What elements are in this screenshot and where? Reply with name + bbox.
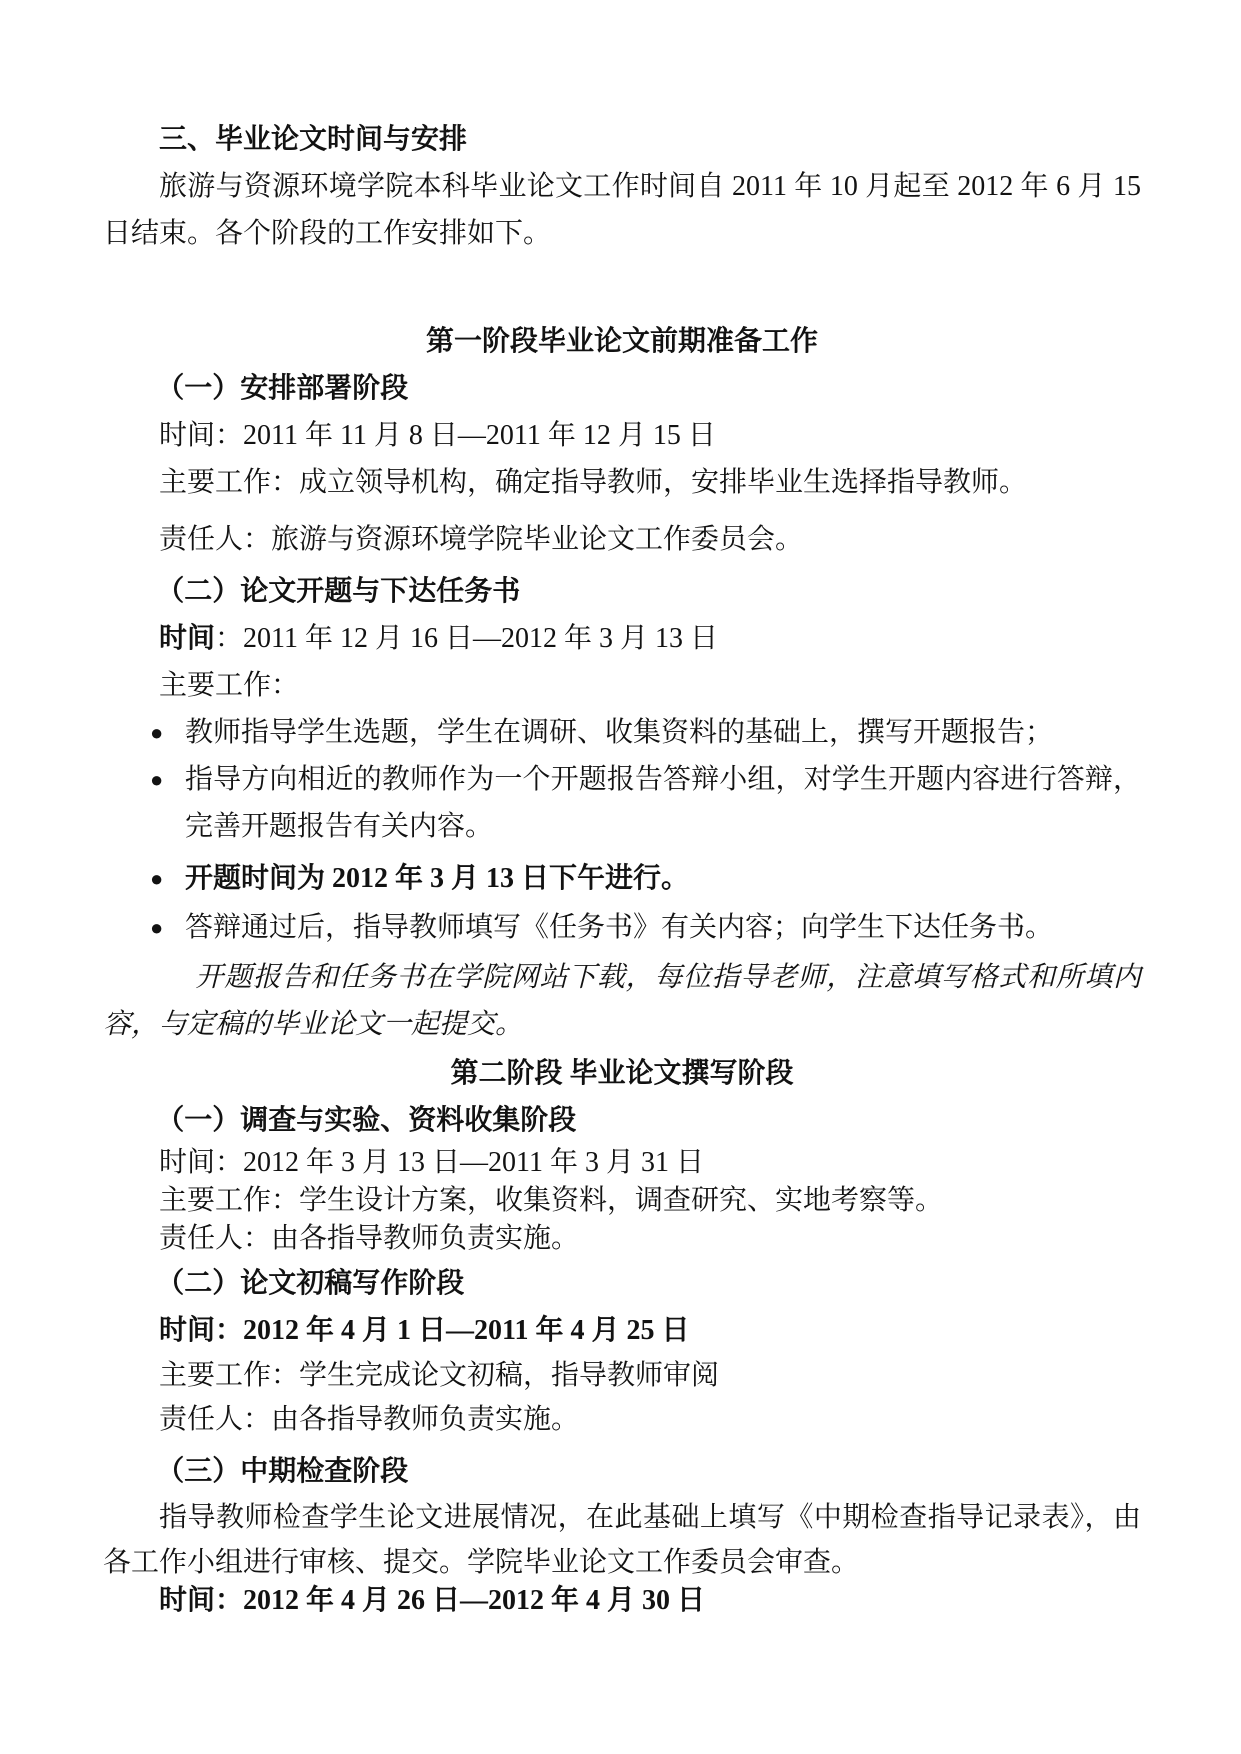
stage1-sub1-time: 时间：2011 年 11 月 8 日—2011 年 12 月 15 日 xyxy=(103,412,1141,459)
bullet-list: ● 教师指导学生选题，学生在调研、收集资料的基础上，撰写开题报告； ● 指导方向… xyxy=(103,709,1141,951)
bullet-item: ● 指导方向相近的教师作为一个开题报告答辩小组，对学生开题内容进行答辩，完善开题… xyxy=(103,756,1141,850)
stage1-sub1-work: 主要工作：成立领导机构，确定指导教师，安排毕业生选择指导教师。 xyxy=(103,459,1141,506)
stage2-heading: 第二阶段 毕业论文撰写阶段 xyxy=(103,1050,1141,1097)
stage2-sub1-work: 主要工作：学生设计方案，收集资料，调查研究、实地考察等。 xyxy=(103,1182,1141,1220)
bullet-icon: ● xyxy=(150,756,163,803)
stage2-sub1-owner: 责任人：由各指导教师负责实施。 xyxy=(103,1220,1141,1258)
bullet-item: ● 答辩通过后，指导教师填写《任务书》有关内容；向学生下达任务书。 xyxy=(103,904,1141,951)
stage2-sub3-heading: （三）中期检查阶段 xyxy=(103,1448,1141,1495)
stage1-heading: 第一阶段毕业论文前期准备工作 xyxy=(103,318,1141,365)
stage2-sub2-time: 时间：2012 年 4 月 1 日—2011 年 4 月 25 日 xyxy=(103,1307,1141,1354)
bullet-item: ● 教师指导学生选题，学生在调研、收集资料的基础上，撰写开题报告； xyxy=(103,709,1141,756)
intro-paragraph: 旅游与资源环境学院本科毕业论文工作时间自 2011 年 10 月起至 2012 … xyxy=(103,163,1141,257)
stage2-sub1-heading: （一）调查与实验、资料收集阶段 xyxy=(103,1097,1141,1144)
stage1-sub2-work-label: 主要工作： xyxy=(103,662,1141,709)
stage1-sub2-heading: （二）论文开题与下达任务书 xyxy=(103,568,1141,615)
time-value: ：2011 年 12 月 16 日—2012 年 3 月 13 日 xyxy=(215,623,718,654)
note-paragraph: 开题报告和任务书在学院网站下载，每位指导老师，注意填写格式和所填内容，与定稿的毕… xyxy=(103,954,1141,1048)
bullet-text: 开题时间为 2012 年 3 月 13 日下午进行。 xyxy=(185,863,689,894)
bullet-icon: ● xyxy=(150,709,163,756)
stage1-sub1-heading: （一）安排部署阶段 xyxy=(103,365,1141,412)
stage2-sub3-body: 指导教师检查学生论文进展情况，在此基础上填写《中期检查指导记录表》，由各工作小组… xyxy=(103,1495,1141,1585)
bullet-text: 指导方向相近的教师作为一个开题报告答辩小组，对学生开题内容进行答辩，完善开题报告… xyxy=(185,764,1141,842)
document-page: 三、毕业论文时间与安排 旅游与资源环境学院本科毕业论文工作时间自 2011 年 … xyxy=(0,0,1241,1754)
bullet-item: ● 开题时间为 2012 年 3 月 13 日下午进行。 xyxy=(103,855,1141,902)
time-label: 时间 xyxy=(159,623,215,654)
bullet-icon: ● xyxy=(150,855,163,902)
stage2-sub2-work: 主要工作：学生完成论文初稿，指导教师审阅 xyxy=(103,1354,1141,1398)
stage1-sub1-owner: 责任人：旅游与资源环境学院毕业论文工作委员会。 xyxy=(103,516,1141,563)
stage2-sub2-owner: 责任人：由各指导教师负责实施。 xyxy=(103,1398,1141,1442)
bullet-text: 教师指导学生选题，学生在调研、收集资料的基础上，撰写开题报告； xyxy=(185,717,1053,748)
bullet-icon: ● xyxy=(150,904,163,951)
stage2-sub1-time: 时间：2012 年 3 月 13 日—2011 年 3 月 31 日 xyxy=(103,1144,1141,1182)
stage2-sub2-heading: （二）论文初稿写作阶段 xyxy=(103,1260,1141,1307)
bullet-text: 答辩通过后，指导教师填写《任务书》有关内容；向学生下达任务书。 xyxy=(185,912,1053,943)
stage1-sub2-time: 时间：2011 年 12 月 16 日—2012 年 3 月 13 日 xyxy=(103,615,1141,662)
section-title: 三、毕业论文时间与安排 xyxy=(103,116,1141,163)
stage2-sub3-time: 时间：2012 年 4 月 26 日—2012 年 4 月 30 日 xyxy=(103,1577,1141,1624)
